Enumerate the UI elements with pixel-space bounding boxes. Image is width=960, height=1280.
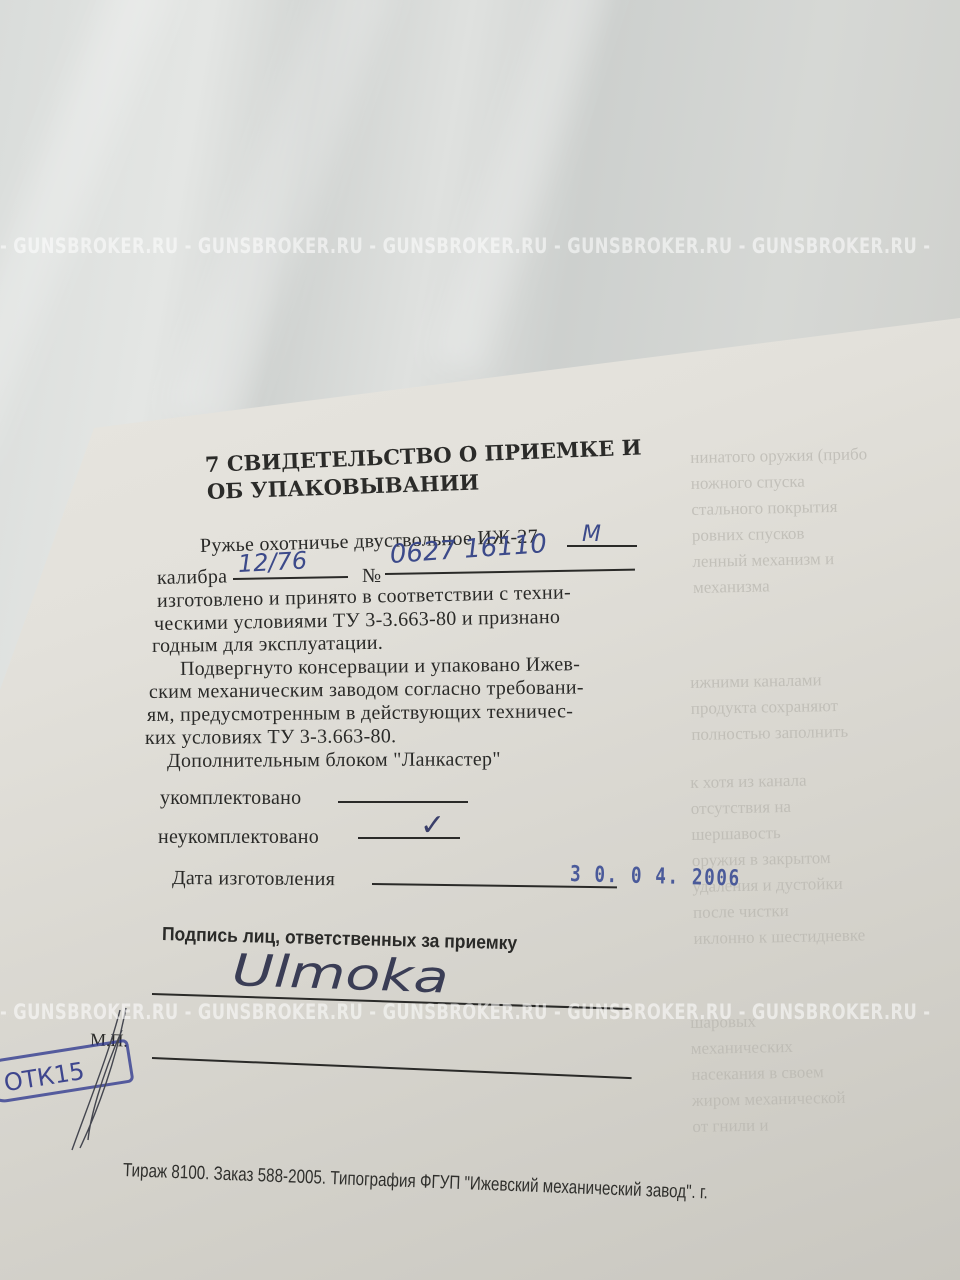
text-line: ям, предусмотренным в действующих технич… (147, 700, 573, 727)
caliber-handwritten: 12/76 (237, 546, 308, 578)
date-stamp: 3 0. 0 4. 2006 (570, 862, 741, 891)
complete-underline (338, 801, 468, 803)
model-underline (567, 545, 637, 547)
serial-underline (385, 569, 635, 575)
acceptance-certificate: 7 СВИДЕТЕЛЬСТВО О ПРИЕМКЕ И ОБ УПАКОВЫВА… (0, 0, 960, 1280)
caliber-label: калибра (157, 565, 228, 590)
lancaster-block-label: Дополнительным блоком "Ланкастер" (167, 748, 501, 773)
check-mark-icon: ✓ (420, 808, 445, 843)
watermark-top: - GUNSBROKER.RU - GUNSBROKER.RU - GUNSBR… (0, 234, 960, 258)
date-label: Дата изготовления (172, 867, 335, 891)
seal-line (152, 1057, 632, 1079)
signature-handwritten: Ulmoka (231, 945, 449, 1004)
model-suffix-handwritten: М (582, 522, 601, 547)
incomplete-label: неукомплектовано (158, 826, 319, 849)
complete-label: укомплектовано (160, 787, 301, 810)
text-line: ких условиях ТУ 3-3.663-80. (145, 725, 397, 750)
text-line: годным для эксплуатации. (152, 632, 383, 658)
inspector-squiggle-icon (60, 1000, 150, 1160)
watermark-bottom: - GUNSBROKER.RU - GUNSBROKER.RU - GUNSBR… (0, 1000, 960, 1024)
print-footer: Тираж 8100. Заказ 588-2005. Типография Ф… (123, 1160, 709, 1204)
